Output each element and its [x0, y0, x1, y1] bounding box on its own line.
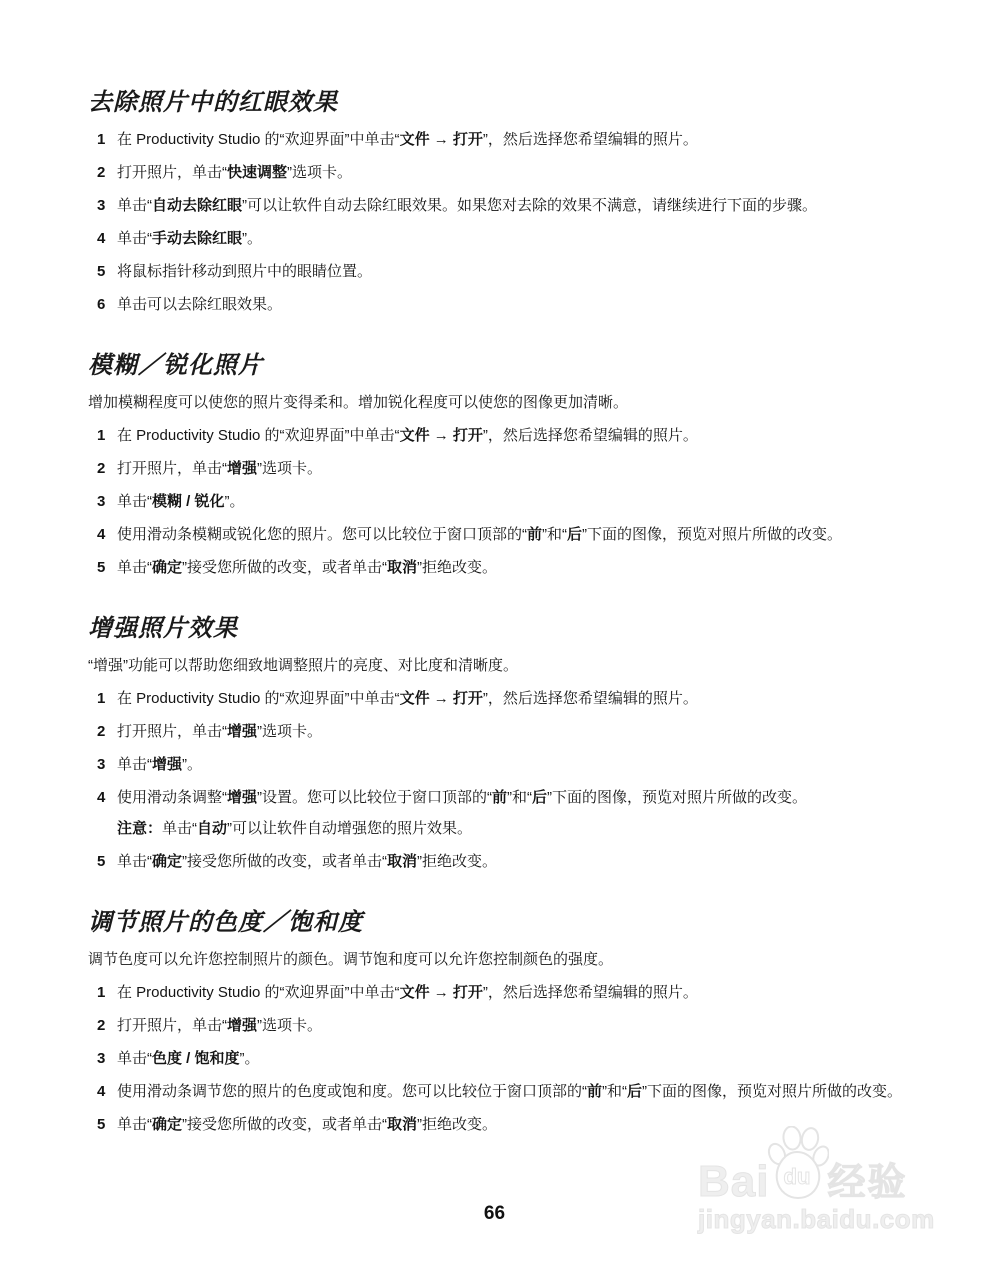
watermark-url-text: jingyan.baidu.com — [698, 1204, 938, 1234]
step-text: 打开照片，单击“增强”选项卡。 — [117, 458, 906, 479]
step-number: 4 — [97, 228, 117, 249]
step-text: 单击“色度 / 饱和度”。 — [117, 1048, 906, 1069]
step-item: 5单击“确定”接受您所做的改变，或者单击“取消”拒绝改变。 — [97, 851, 908, 872]
step-text: 单击可以去除红眼效果。 — [117, 294, 906, 315]
step-item: 1在 Productivity Studio 的“欢迎界面”中单击“文件 → 打… — [97, 688, 908, 709]
step-text: 使用滑动条调节您的照片的色度或饱和度。您可以比较位于窗口顶部的“前”和“后”下面… — [117, 1081, 906, 1102]
step-note: 注意：单击“自动”可以让软件自动增强您的照片效果。 — [117, 818, 906, 839]
section-title: 模糊／锐化照片 — [88, 345, 908, 380]
step-item: 5单击“确定”接受您所做的改变，或者单击“取消”拒绝改变。 — [97, 557, 908, 578]
step-text: 单击“手动去除红眼”。 — [117, 228, 906, 249]
step-item: 2打开照片，单击“增强”选项卡。 — [97, 721, 908, 742]
watermark-cn-text: 经验 — [827, 1164, 907, 1202]
step-item: 3单击“色度 / 饱和度”。 — [97, 1048, 908, 1069]
step-text: 单击“确定”接受您所做的改变，或者单击“取消”拒绝改变。 — [117, 557, 906, 578]
step-number: 3 — [97, 1048, 117, 1069]
step-number: 4 — [97, 1081, 117, 1102]
step-item: 5将鼠标指针移动到照片中的眼睛位置。 — [97, 261, 908, 282]
step-body: 将鼠标指针移动到照片中的眼睛位置。 — [117, 261, 906, 282]
document-page: 去除照片中的红眼效果1在 Productivity Studio 的“欢迎界面”… — [0, 0, 989, 1280]
section-title: 去除照片中的红眼效果 — [88, 82, 908, 117]
step-number: 2 — [97, 721, 117, 742]
section-intro: “增强”功能可以帮助您细致地调整照片的亮度、对比度和清晰度。 — [88, 655, 908, 676]
section-title: 增强照片效果 — [88, 608, 908, 643]
section-2: 增强照片效果“增强”功能可以帮助您细致地调整照片的亮度、对比度和清晰度。1在 P… — [88, 608, 908, 872]
step-text: 打开照片，单击“增强”选项卡。 — [117, 1015, 906, 1036]
step-body: 在 Productivity Studio 的“欢迎界面”中单击“文件 → 打开… — [117, 425, 906, 446]
step-body: 单击“手动去除红眼”。 — [117, 228, 906, 249]
step-body: 在 Productivity Studio 的“欢迎界面”中单击“文件 → 打开… — [117, 688, 906, 709]
step-body: 使用滑动条调节您的照片的色度或饱和度。您可以比较位于窗口顶部的“前”和“后”下面… — [117, 1081, 906, 1102]
step-number: 6 — [97, 294, 117, 315]
step-text: 打开照片，单击“快速调整”选项卡。 — [117, 162, 906, 183]
section-0: 去除照片中的红眼效果1在 Productivity Studio 的“欢迎界面”… — [88, 82, 908, 315]
step-text: 使用滑动条模糊或锐化您的照片。您可以比较位于窗口顶部的“前”和“后”下面的图像，… — [117, 524, 906, 545]
section-title: 调节照片的色度／饱和度 — [88, 902, 908, 937]
step-body: 单击“确定”接受您所做的改变，或者单击“取消”拒绝改变。 — [117, 851, 906, 872]
step-body: 单击“模糊 / 锐化”。 — [117, 491, 906, 512]
step-body: 打开照片，单击“增强”选项卡。 — [117, 458, 906, 479]
step-body: 单击“自动去除红眼”可以让软件自动去除红眼效果。如果您对去除的效果不满意，请继续… — [117, 195, 906, 216]
step-number: 3 — [97, 491, 117, 512]
step-item: 4使用滑动条模糊或锐化您的照片。您可以比较位于窗口顶部的“前”和“后”下面的图像… — [97, 524, 908, 545]
step-body: 在 Productivity Studio 的“欢迎界面”中单击“文件 → 打开… — [117, 982, 906, 1003]
step-text: 打开照片，单击“增强”选项卡。 — [117, 721, 906, 742]
step-text: 在 Productivity Studio 的“欢迎界面”中单击“文件 → 打开… — [117, 425, 906, 446]
step-body: 单击“确定”接受您所做的改变，或者单击“取消”拒绝改变。 — [117, 557, 906, 578]
step-number: 1 — [97, 129, 117, 150]
step-number: 2 — [97, 162, 117, 183]
step-text: 在 Productivity Studio 的“欢迎界面”中单击“文件 → 打开… — [117, 982, 906, 1003]
step-item: 4单击“手动去除红眼”。 — [97, 228, 908, 249]
step-item: 1在 Productivity Studio 的“欢迎界面”中单击“文件 → 打… — [97, 425, 908, 446]
step-item: 2打开照片，单击“快速调整”选项卡。 — [97, 162, 908, 183]
section-intro: 增加模糊程度可以使您的照片变得柔和。增加锐化程度可以使您的图像更加清晰。 — [88, 392, 908, 413]
step-item: 3单击“模糊 / 锐化”。 — [97, 491, 908, 512]
step-text: 单击“模糊 / 锐化”。 — [117, 491, 906, 512]
step-number: 1 — [97, 688, 117, 709]
step-body: 单击可以去除红眼效果。 — [117, 294, 906, 315]
step-item: 6单击可以去除红眼效果。 — [97, 294, 908, 315]
step-item: 2打开照片，单击“增强”选项卡。 — [97, 458, 908, 479]
step-number: 5 — [97, 851, 117, 872]
baidu-paw-icon: du — [765, 1126, 829, 1204]
step-text: 单击“自动去除红眼”可以让软件自动去除红眼效果。如果您对去除的效果不满意，请继续… — [117, 195, 906, 216]
step-number: 5 — [97, 1114, 117, 1135]
step-text: 在 Productivity Studio 的“欢迎界面”中单击“文件 → 打开… — [117, 129, 906, 150]
step-number: 1 — [97, 425, 117, 446]
step-item: 2打开照片，单击“增强”选项卡。 — [97, 1015, 908, 1036]
section-1: 模糊／锐化照片增加模糊程度可以使您的照片变得柔和。增加锐化程度可以使您的图像更加… — [88, 345, 908, 578]
section-3: 调节照片的色度／饱和度调节色度可以允许您控制照片的颜色。调节饱和度可以允许您控制… — [88, 902, 908, 1135]
step-body: 使用滑动条调整“增强”设置。您可以比较位于窗口顶部的“前”和“后”下面的图像，预… — [117, 787, 906, 839]
step-body: 在 Productivity Studio 的“欢迎界面”中单击“文件 → 打开… — [117, 129, 906, 150]
watermark-du-text: du — [784, 1164, 811, 1189]
step-number: 3 — [97, 195, 117, 216]
step-text: 将鼠标指针移动到照片中的眼睛位置。 — [117, 261, 906, 282]
step-number: 4 — [97, 787, 117, 839]
step-item: 4使用滑动条调整“增强”设置。您可以比较位于窗口顶部的“前”和“后”下面的图像，… — [97, 787, 908, 839]
watermark-logo-row: Bai du 经验 — [698, 1126, 938, 1202]
step-item: 3单击“增强”。 — [97, 754, 908, 775]
step-number: 1 — [97, 982, 117, 1003]
step-body: 使用滑动条模糊或锐化您的照片。您可以比较位于窗口顶部的“前”和“后”下面的图像，… — [117, 524, 906, 545]
step-body: 打开照片，单击“增强”选项卡。 — [117, 1015, 906, 1036]
step-number: 2 — [97, 1015, 117, 1036]
step-body: 单击“色度 / 饱和度”。 — [117, 1048, 906, 1069]
step-text: 单击“确定”接受您所做的改变，或者单击“取消”拒绝改变。 — [117, 851, 906, 872]
step-item: 3单击“自动去除红眼”可以让软件自动去除红眼效果。如果您对去除的效果不满意，请继… — [97, 195, 908, 216]
step-number: 3 — [97, 754, 117, 775]
step-item: 4使用滑动条调节您的照片的色度或饱和度。您可以比较位于窗口顶部的“前”和“后”下… — [97, 1081, 908, 1102]
watermark-bai-text: Bai — [698, 1162, 769, 1202]
step-number: 5 — [97, 557, 117, 578]
step-number: 5 — [97, 261, 117, 282]
step-number: 2 — [97, 458, 117, 479]
section-intro: 调节色度可以允许您控制照片的颜色。调节饱和度可以允许您控制颜色的强度。 — [88, 949, 908, 970]
step-text: 单击“增强”。 — [117, 754, 906, 775]
step-text: 在 Productivity Studio 的“欢迎界面”中单击“文件 → 打开… — [117, 688, 906, 709]
step-body: 打开照片，单击“快速调整”选项卡。 — [117, 162, 906, 183]
step-number: 4 — [97, 524, 117, 545]
step-text: 使用滑动条调整“增强”设置。您可以比较位于窗口顶部的“前”和“后”下面的图像，预… — [117, 787, 906, 808]
baidu-jingyan-watermark: Bai du 经验 jingyan.baidu.com — [698, 1126, 938, 1234]
step-body: 单击“增强”。 — [117, 754, 906, 775]
step-body: 打开照片，单击“增强”选项卡。 — [117, 721, 906, 742]
step-item: 1在 Productivity Studio 的“欢迎界面”中单击“文件 → 打… — [97, 982, 908, 1003]
manual-content: 去除照片中的红眼效果1在 Productivity Studio 的“欢迎界面”… — [88, 82, 908, 1135]
step-item: 1在 Productivity Studio 的“欢迎界面”中单击“文件 → 打… — [97, 129, 908, 150]
